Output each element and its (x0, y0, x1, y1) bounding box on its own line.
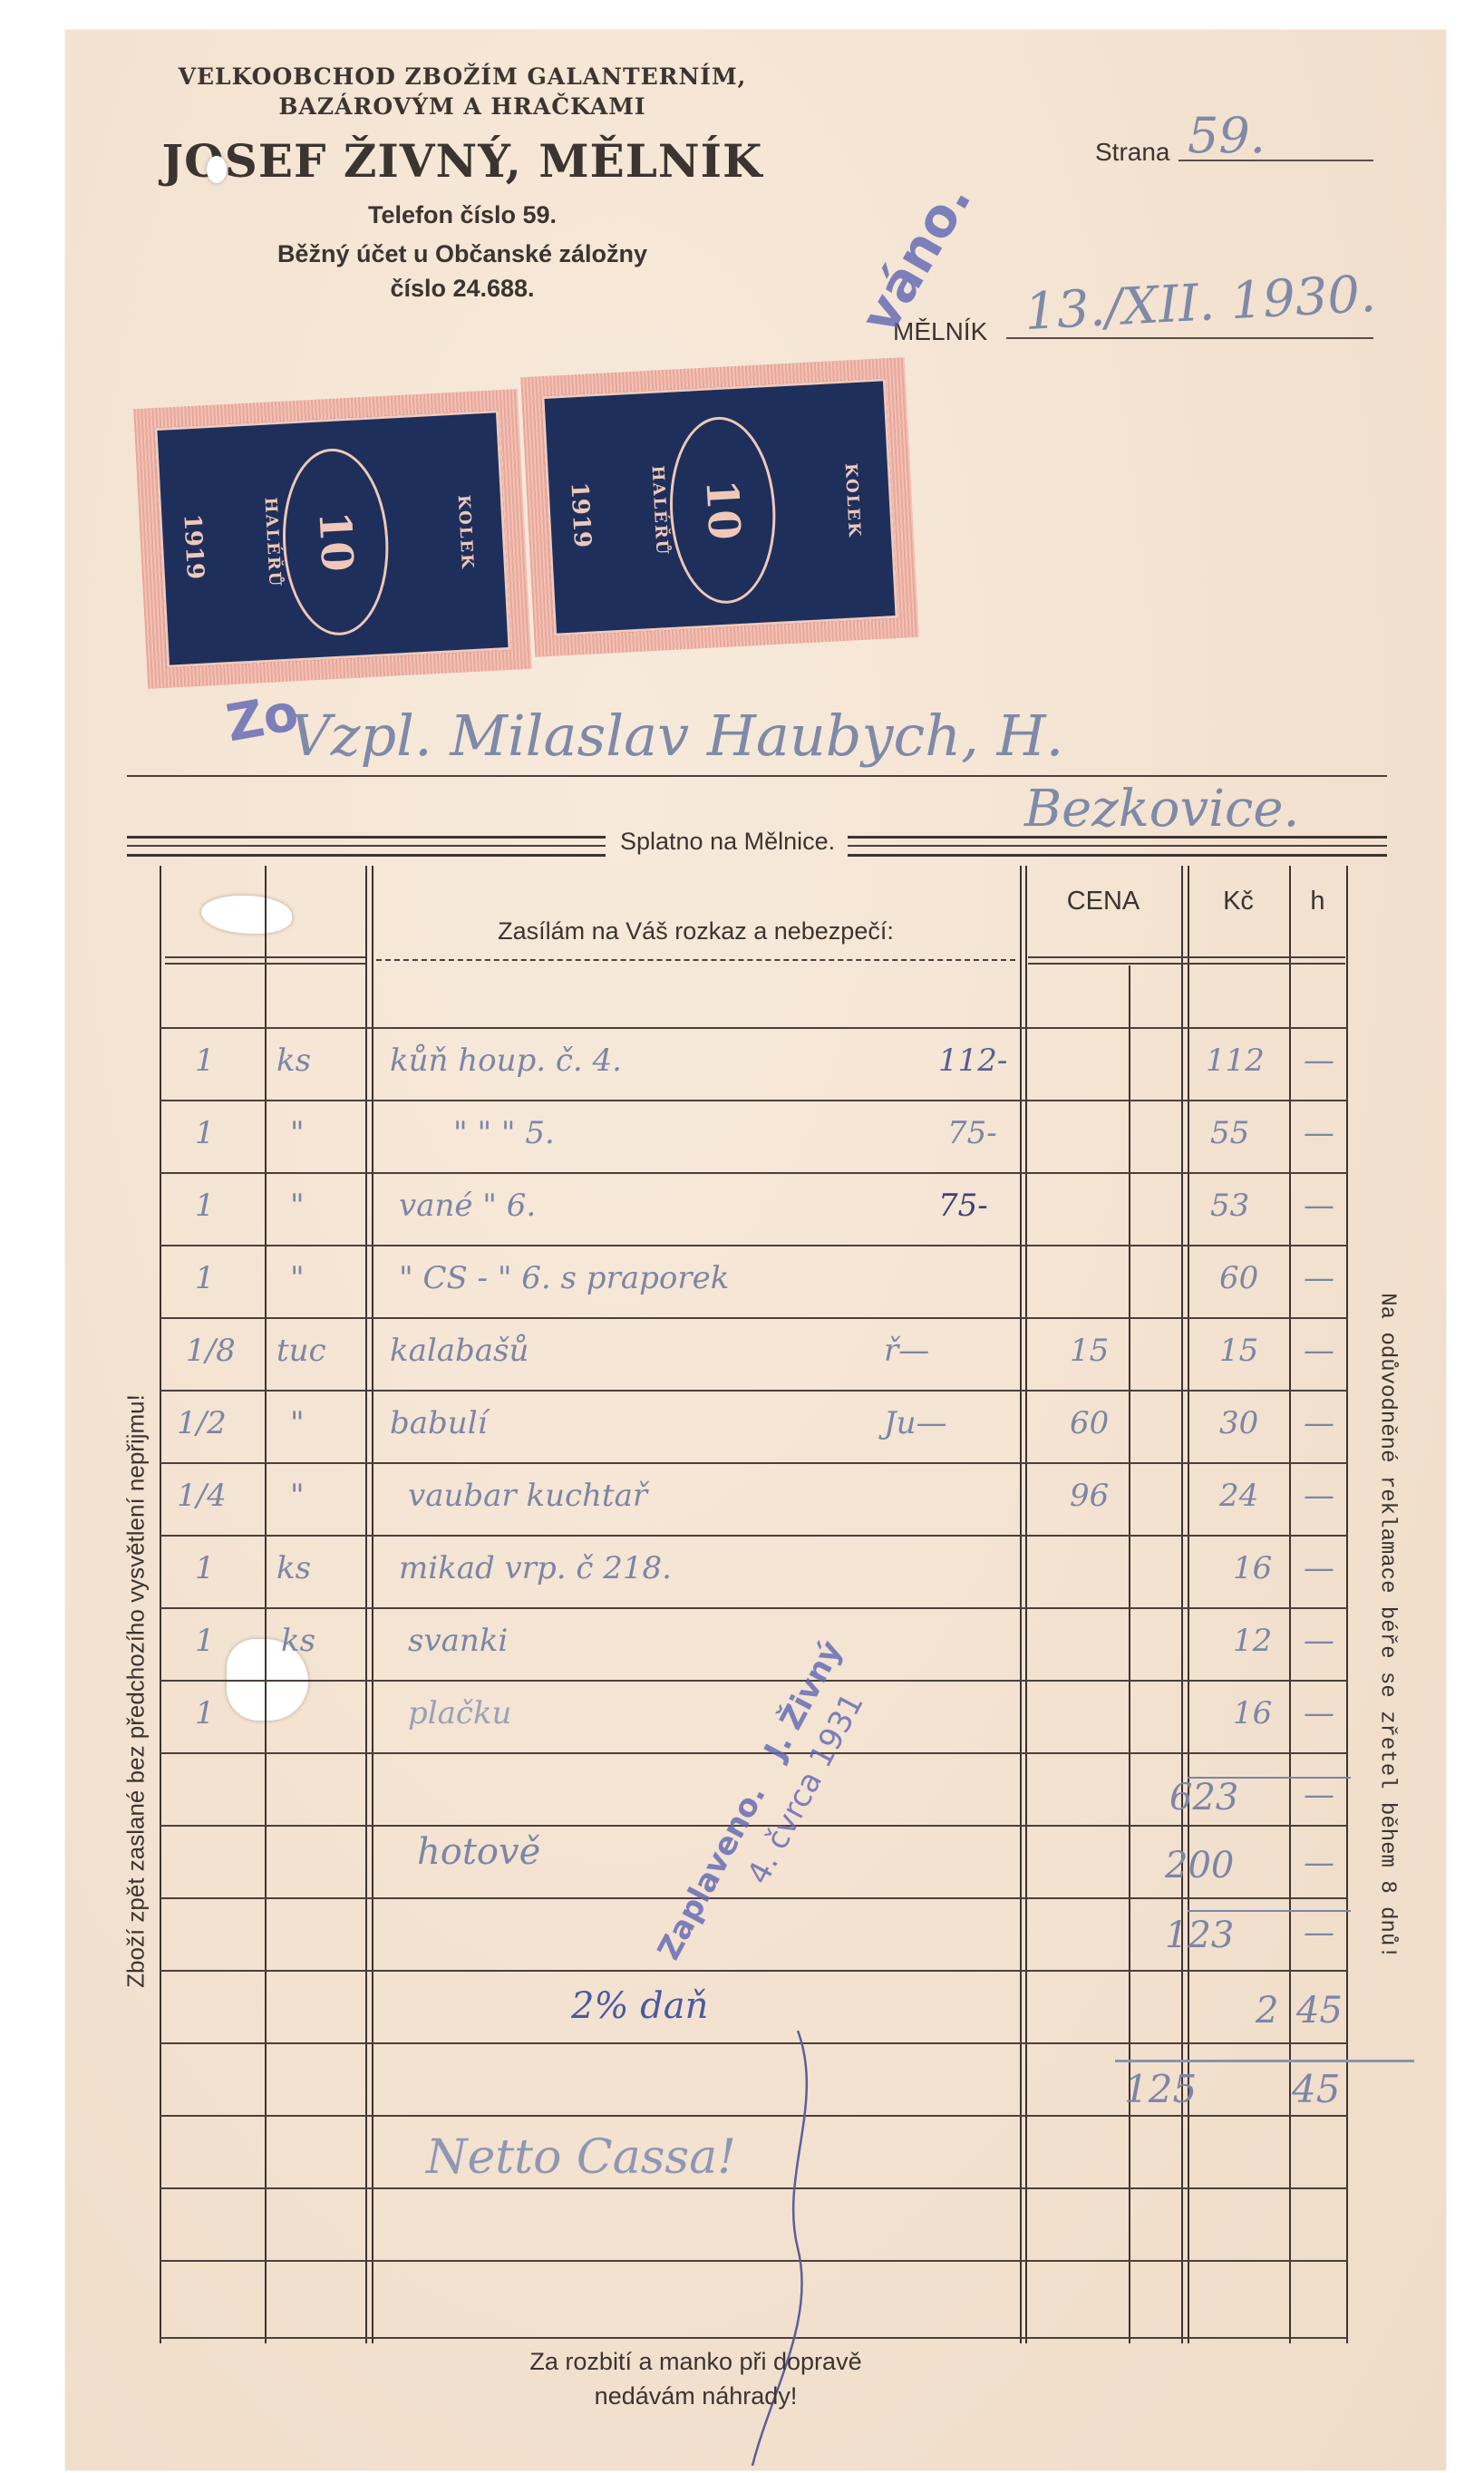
triple-rule-left-2 (127, 845, 606, 847)
row-cena: 60 (1070, 1405, 1109, 1441)
balance-h: — (1304, 1915, 1334, 1951)
row-item: " CS - " 6. s praporek (399, 1260, 729, 1296)
row-kc: 60 (1219, 1260, 1258, 1296)
row-line (160, 1535, 1347, 1537)
row-line (160, 1027, 1347, 1029)
balance-kc: 123 (1165, 1915, 1234, 1956)
side-note-right: Na odůvodněné reklamace béře se zřetel b… (1375, 1218, 1400, 2034)
bank-account-line2: číslo 24.688. (54, 275, 870, 303)
row-unit: ks (276, 1043, 311, 1079)
row-item: mikad vrp. č 218. (399, 1550, 672, 1586)
row-line (160, 1462, 1347, 1464)
stamp-value: 10 (665, 413, 781, 606)
cash-label: hotově (417, 1831, 540, 1873)
revenue-stamp-1: 1919 HALÉŘŮ 10 KOLEK (133, 389, 532, 689)
row-price-note: 75- (938, 1188, 988, 1224)
row-qty: 1/2 (177, 1405, 227, 1441)
subtotal-h: — (1304, 1777, 1334, 1813)
row-kc: 12 (1233, 1623, 1272, 1659)
row-unit: " (290, 1115, 305, 1151)
letterhead-line2: BAZÁROVÝM A HRAČKAMI (54, 93, 870, 120)
row-qty: 1 (195, 1043, 215, 1079)
total-kc: 125 (1124, 2067, 1197, 2111)
cash-h: — (1304, 1845, 1334, 1881)
row-qty: 1 (195, 1623, 215, 1659)
cash-kc: 200 (1165, 1845, 1234, 1886)
row-unit: " (290, 1405, 305, 1441)
row-h: — (1304, 1115, 1334, 1151)
row-price-note: ř— (884, 1333, 929, 1369)
row-h: — (1304, 1333, 1334, 1369)
row-kc: 112 (1206, 1043, 1265, 1079)
row-kc: 53 (1210, 1188, 1249, 1224)
row-qty: 1/8 (186, 1333, 236, 1369)
footer-line1: Za rozbití a manko při dopravě (372, 2348, 1020, 2376)
header-rule-left-b (165, 963, 365, 965)
addressee-name: Vzpl. Milaslav Haubych, H. (290, 703, 1063, 769)
address-rule (127, 775, 1387, 777)
header-rule-right-a (1028, 956, 1345, 958)
row-item: kalabašů (390, 1333, 529, 1369)
revenue-stamp-2: 1919 HALÉŘŮ 10 KOLEK (520, 357, 919, 657)
row-item: kůň houp. č. 4. (390, 1043, 622, 1079)
payment-note: Netto Cassa! (426, 2130, 736, 2185)
letterhead-line1: VELKOOBCHOD ZBOŽÍM GALANTERNÍM, (54, 63, 870, 90)
header-rule-right-b (1028, 963, 1345, 965)
header-rule-left-a (165, 956, 365, 958)
stamp-unit: HALÉŘŮ (260, 496, 284, 587)
row-line (160, 1317, 1347, 1319)
triple-rule-left-1 (127, 836, 606, 839)
row-qty: 1 (195, 1695, 215, 1731)
payable-note: Splatno na Mělnice. (620, 828, 835, 856)
row-item: vaubar kuchtař (408, 1478, 647, 1514)
stamp-label: KOLEK (454, 494, 477, 570)
row-unit: ks (276, 1550, 311, 1586)
col-line-4b (1025, 866, 1027, 2343)
footer-line2: nedávám náhrady! (372, 2382, 1020, 2410)
col-line-2 (265, 866, 267, 2343)
row-line (160, 1100, 1347, 1101)
row-kc: 55 (1210, 1115, 1249, 1151)
row-h: — (1304, 1550, 1334, 1586)
row-kc: 16 (1233, 1550, 1272, 1586)
row-qty: 1/4 (177, 1478, 227, 1514)
balance-rule (1188, 1910, 1351, 1912)
description-header: Zasílám na Váš rozkaz a nebezpečí: (372, 917, 1020, 946)
row-item: babulí (390, 1405, 487, 1441)
row-line (160, 1172, 1347, 1174)
row-item: vané " 6. (399, 1188, 536, 1224)
row-qty: 1 (195, 1550, 215, 1586)
page-label: Strana (1095, 138, 1170, 167)
total-h: 45 (1292, 2067, 1340, 2111)
row-line (160, 1245, 1347, 1246)
triple-rule-left-3 (127, 854, 606, 857)
row-line (160, 1607, 1347, 1609)
row-unit: ks (281, 1623, 315, 1659)
tax-h: 45 (1296, 1990, 1343, 2032)
punch-hole-top (207, 156, 227, 183)
row-kc: 16 (1233, 1695, 1272, 1731)
triple-rule-right-1 (848, 836, 1387, 839)
row-line (160, 1390, 1347, 1392)
row-unit: " (290, 1260, 305, 1296)
row-item: " " " 5. (453, 1115, 555, 1151)
col-line-4a (1020, 866, 1022, 2343)
total-rule (1115, 2060, 1414, 2062)
row-kc: 24 (1219, 1478, 1258, 1514)
row-price-note: 75- (947, 1115, 997, 1151)
tax-kc: 2 (1256, 1990, 1278, 2032)
row-item: svanki (408, 1623, 508, 1659)
h-header: h (1289, 887, 1346, 916)
row-cena: 15 (1070, 1333, 1109, 1369)
bank-account-line1: Běžný účet u Občanské záložny (54, 240, 870, 268)
row-price-note: 112- (938, 1043, 1007, 1079)
row-h: — (1304, 1478, 1334, 1514)
triple-rule-right-2 (848, 845, 1387, 847)
stamp-unit: HALÉŘŮ (647, 464, 671, 556)
company-name: JOSEF ŽIVNÝ, MĚLNÍK (54, 134, 870, 188)
addressee-town: Bezkovice. (1024, 780, 1299, 839)
stamp-year: 1919 (178, 513, 209, 580)
row-cena: 96 (1070, 1478, 1109, 1514)
row-qty: 1 (195, 1260, 215, 1296)
row-price-note: Ju— (884, 1405, 947, 1441)
row-h: — (1304, 1695, 1334, 1731)
stamp-year: 1919 (565, 481, 596, 548)
col-line-6b (1188, 866, 1189, 2343)
subtotal-kc: 623 (1169, 1777, 1238, 1818)
row-h: — (1304, 1260, 1334, 1296)
row-qty: 1 (195, 1188, 215, 1224)
col-line-3b (372, 866, 373, 2343)
row-h: — (1304, 1043, 1334, 1079)
col-line-8 (1346, 866, 1348, 2343)
side-note-left: Zboží zpět zaslané bez předchozího vysvě… (122, 1284, 150, 2100)
col-line-3a (365, 866, 367, 2343)
row-kc: 15 (1219, 1333, 1258, 1369)
row-qty: 1 (195, 1115, 215, 1151)
col-line-1 (160, 866, 161, 2343)
kc-header: Kč (1188, 887, 1289, 916)
row-h: — (1304, 1188, 1334, 1224)
row-kc: 30 (1219, 1405, 1258, 1441)
row-unit: " (290, 1188, 305, 1224)
triple-rule-right-3 (848, 854, 1387, 857)
col-line-7 (1289, 866, 1291, 2343)
row-line (160, 1680, 1347, 1682)
description-header-dots (376, 959, 1015, 961)
row-unit: tuc (276, 1333, 326, 1369)
col-line-6a (1181, 866, 1183, 2343)
row-h: — (1304, 1623, 1334, 1659)
row-unit: " (290, 1478, 305, 1514)
stamp-value: 10 (278, 445, 393, 637)
row-h: — (1304, 1405, 1334, 1441)
telephone: Telefon číslo 59. (54, 201, 870, 229)
price-header: CENA (1025, 887, 1181, 916)
stamp-label: KOLEK (841, 462, 864, 538)
row-item: plačku (408, 1695, 511, 1731)
tax-label: 2% daň (571, 1985, 708, 2027)
page-number: 59. (1188, 107, 1266, 164)
